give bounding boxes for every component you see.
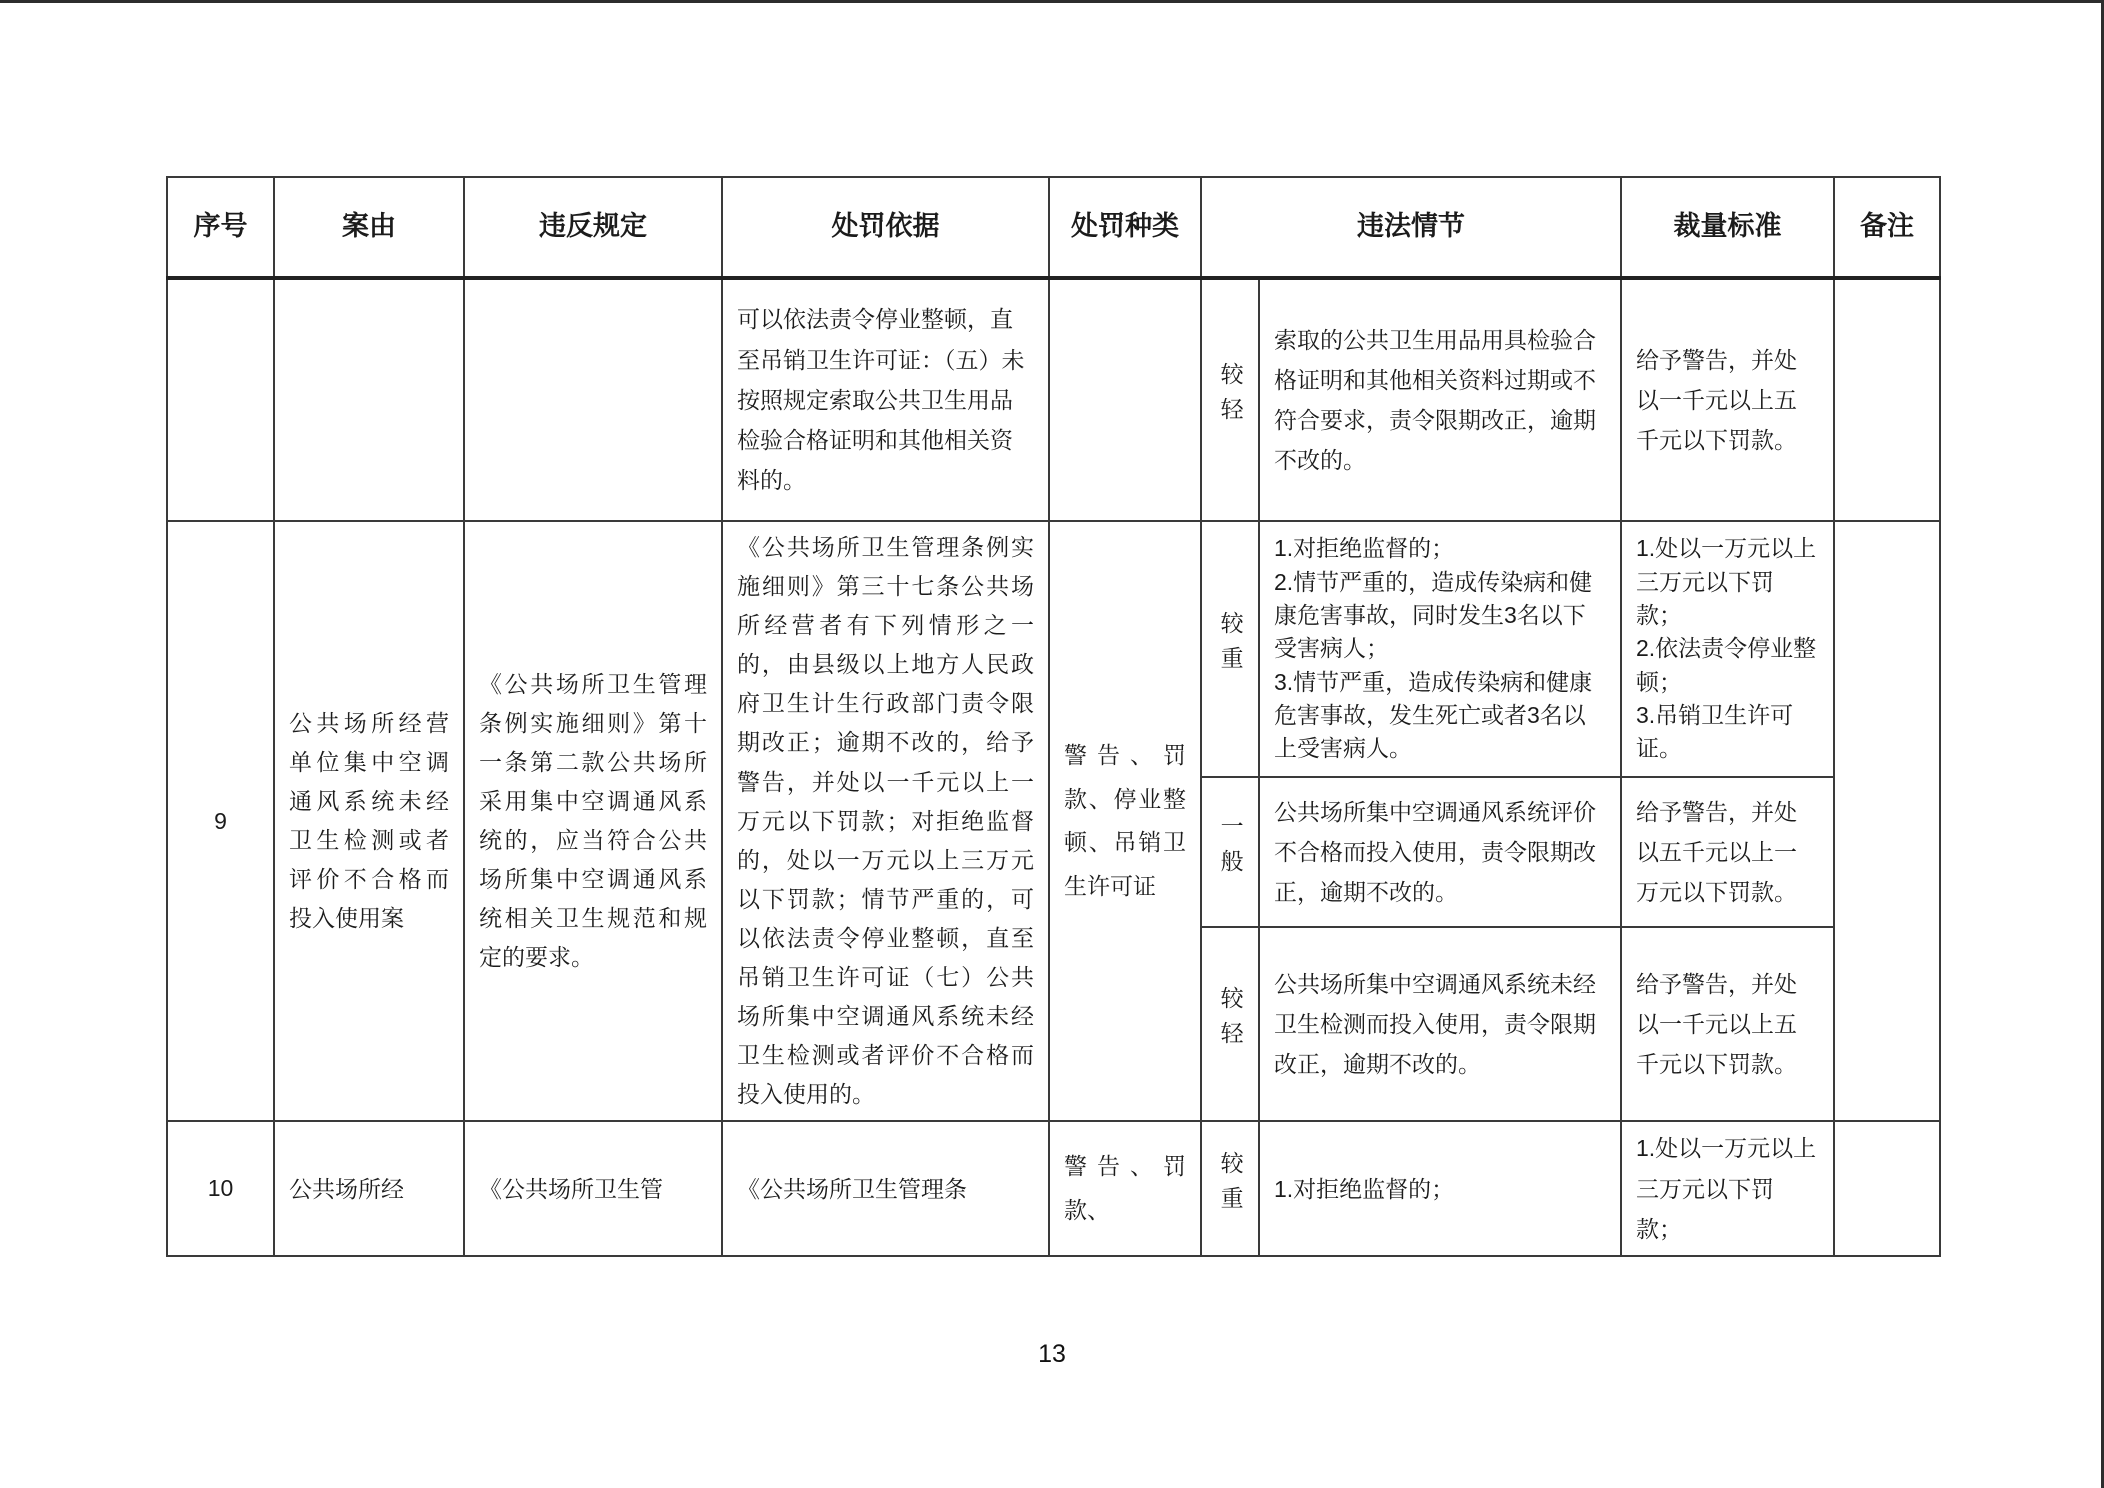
cell-r9-cause: 公共场所经营单位集中空调通风系统未经卫生检测或者评价不合格而投入使用案 [274, 521, 464, 1121]
cell-r10-severity: 较重 [1201, 1121, 1259, 1256]
cell-r8-circumstance: 索取的公共卫生用品用具检验合格证明和其他相关资料过期或不符合要求，责令限期改正，… [1259, 278, 1621, 521]
table-row-10: 10 公共场所经 《公共场所卫生管 《公共场所卫生管理条 警告、罚款、 较重 1… [167, 1121, 1940, 1256]
page-top-border [0, 0, 2104, 3]
header-seq: 序号 [167, 177, 274, 278]
cell-r9-basis: 《公共场所卫生管理条例实施细则》第三十七条公共场所经营者有下列情形之一的，由县级… [722, 521, 1049, 1121]
penalty-table: 序号 案由 违反规定 处罚依据 处罚种类 违法情节 裁量标准 备注 可以依法责令… [166, 176, 1941, 1257]
cell-r8-standard: 给予警告，并处以一千元以上五千元以下罚款。 [1621, 278, 1834, 521]
cell-r9-regulation: 《公共场所卫生管理条例实施细则》第十一条第二款公共场所采用集中空调通风系统的，应… [464, 521, 722, 1121]
table-row-8-continuation: 可以依法责令停业整顿，直至吊销卫生许可证：（五）未按照规定索取公共卫生用品检验合… [167, 278, 1940, 521]
cell-r8-regulation-empty [464, 278, 722, 521]
cell-r9-standard-1: 1.处以一万元以上三万元以下罚款； 2.依法责令停业整顿； 3.吊销卫生许可证。 [1621, 521, 1834, 777]
cell-r9-severity-3: 较轻 [1201, 927, 1259, 1121]
table-row-9-sub-1: 9 公共场所经营单位集中空调通风系统未经卫生检测或者评价不合格而投入使用案 《公… [167, 521, 1940, 777]
cell-r9-standard-2: 给予警告，并处以五千元以上一万元以下罚款。 [1621, 777, 1834, 927]
cell-r9-severity-1: 较重 [1201, 521, 1259, 777]
severity-label: 一般 [1217, 814, 1242, 884]
severity-label: 较轻 [1217, 362, 1242, 432]
header-cause: 案由 [274, 177, 464, 278]
cell-r10-cause: 公共场所经 [274, 1121, 464, 1256]
cell-r8-severity: 较轻 [1201, 278, 1259, 521]
cell-r9-standard-3: 给予警告，并处以一千元以上五千元以下罚款。 [1621, 927, 1834, 1121]
cell-r9-circumstance-2: 公共场所集中空调通风系统评价不合格而投入使用，责令限期改正，逾期不改的。 [1259, 777, 1621, 927]
cell-r8-basis: 可以依法责令停业整顿，直至吊销卫生许可证：（五）未按照规定索取公共卫生用品检验合… [722, 278, 1049, 521]
cell-r10-seq: 10 [167, 1121, 274, 1256]
cell-r10-standard: 1.处以一万元以上三万元以下罚款； [1621, 1121, 1834, 1256]
cell-r8-cause-empty [274, 278, 464, 521]
cell-r10-circumstance: 1.对拒绝监督的； [1259, 1121, 1621, 1256]
header-regulation: 违反规定 [464, 177, 722, 278]
table-header-row: 序号 案由 违反规定 处罚依据 处罚种类 违法情节 裁量标准 备注 [167, 177, 1940, 278]
cell-r8-seq-empty [167, 278, 274, 521]
severity-label: 较重 [1217, 1151, 1242, 1221]
header-standard: 裁量标准 [1621, 177, 1834, 278]
cell-r9-types: 警告、罚款、停业整顿、吊销卫生许可证 [1049, 521, 1201, 1121]
cell-r10-remark-empty [1834, 1121, 1940, 1256]
header-remark: 备注 [1834, 177, 1940, 278]
cell-r9-remark-empty [1834, 521, 1940, 1121]
page-number: 13 [0, 1340, 2104, 1369]
cell-r8-remark-empty [1834, 278, 1940, 521]
cell-r10-basis: 《公共场所卫生管理条 [722, 1121, 1049, 1256]
cell-r10-regulation: 《公共场所卫生管 [464, 1121, 722, 1256]
cell-r9-circumstance-3: 公共场所集中空调通风系统未经卫生检测而投入使用，责令限期改正，逾期不改的。 [1259, 927, 1621, 1121]
cell-r9-severity-2: 一般 [1201, 777, 1259, 927]
header-circumstance: 违法情节 [1201, 177, 1621, 278]
cell-r9-circumstance-1: 1.对拒绝监督的； 2.情节严重的，造成传染病和健康危害事故，同时发生3名以下受… [1259, 521, 1621, 777]
header-basis: 处罚依据 [722, 177, 1049, 278]
severity-label: 较重 [1217, 611, 1242, 681]
cell-r10-types: 警告、罚款、 [1049, 1121, 1201, 1256]
severity-label: 较轻 [1217, 986, 1242, 1056]
document-page: 序号 案由 违反规定 处罚依据 处罚种类 违法情节 裁量标准 备注 可以依法责令… [0, 0, 2104, 1488]
header-penalty-types: 处罚种类 [1049, 177, 1201, 278]
cell-r9-seq: 9 [167, 521, 274, 1121]
cell-r8-types-empty [1049, 278, 1201, 521]
